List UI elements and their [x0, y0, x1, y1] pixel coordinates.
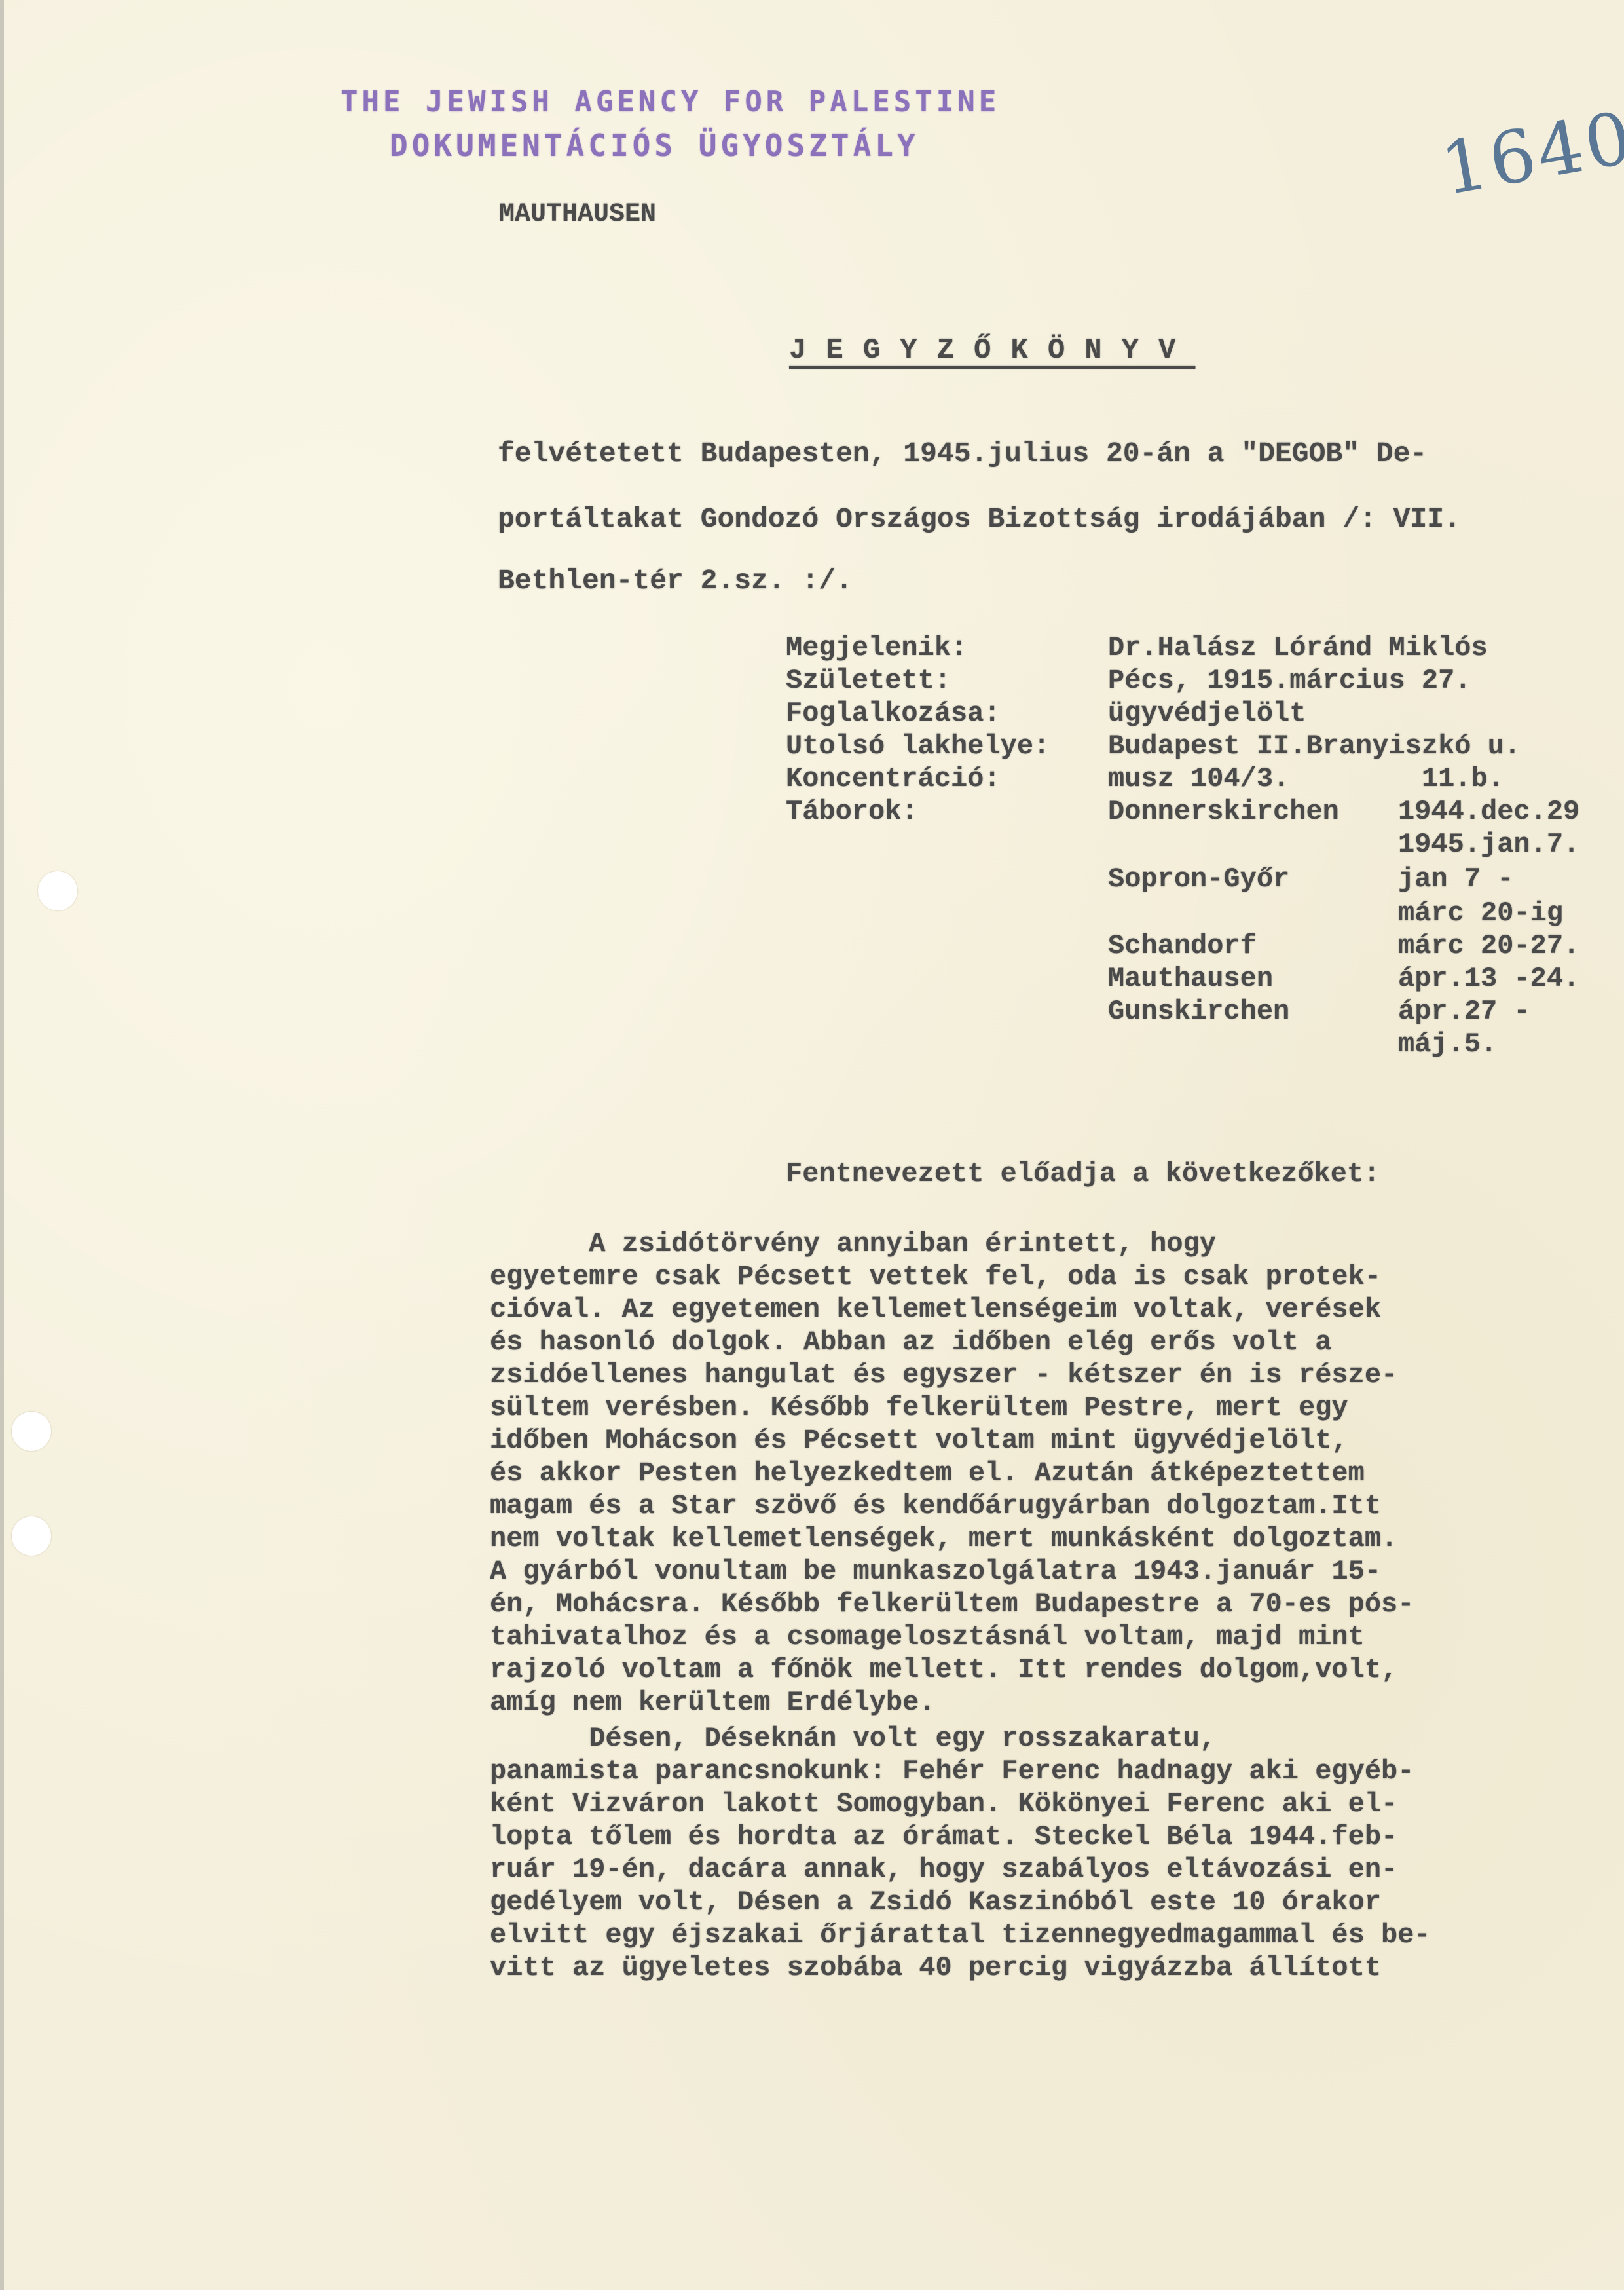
text-line: zsidóellenes hangulat és egyszer - kétsz… [490, 1359, 1564, 1392]
field-value: musz 104/3. 11.b. [1108, 763, 1504, 795]
camp-date: ápr.13 -24. [1398, 963, 1579, 994]
text-line: és akkor Pesten helyezkedtem el. Azután … [490, 1457, 1564, 1490]
field-value: Budapest II.Branyiszkó u. [1108, 730, 1521, 762]
camp-date: jan 7 - [1398, 863, 1513, 895]
camp-name: Gunskirchen [1108, 996, 1289, 1027]
agency-stamp-line1: THE JEWISH AGENCY FOR PALESTINE [341, 85, 1000, 119]
camp-date: márc 20-ig [1398, 897, 1563, 929]
camp-date: ápr.27 - [1398, 996, 1530, 1027]
field-occupation: Foglalkozása: ügyvédjelölt [786, 698, 1604, 730]
field-label: Foglalkozása: [786, 698, 1001, 729]
camp-row-donnerskirchen: Donnerskirchen 1944.dec.29 [786, 796, 1604, 829]
punch-hole-bottom [12, 1516, 51, 1556]
text-line: nem voltak kellemetlenségek, mert munkás… [490, 1523, 1564, 1556]
text-line: ruár 19-én, dacára annak, hogy szabályos… [490, 1854, 1564, 1886]
text-line: időben Mohácson és Pécsett voltam mint ü… [490, 1425, 1564, 1457]
field-label: Megjelenik: [786, 632, 967, 664]
camp-date: márc 20-27. [1398, 930, 1579, 962]
punch-hole-middle [12, 1412, 51, 1451]
text-line: magam és a Star szövő és kendőárugyárban… [490, 1490, 1564, 1523]
camp-row-gunskirchen: Gunskirchen ápr.27 - [786, 996, 1604, 1028]
camp-row-sopron-gyor-cont: márc 20-ig [786, 897, 1604, 930]
text-line: ként Vizváron lakott Somogyban. Kökönyei… [490, 1788, 1564, 1821]
handwritten-document-number: 1640 [1435, 95, 1624, 211]
camp-row-sopron-gyor: Sopron-Győr jan 7 - [786, 863, 1604, 896]
document-title: JEGYZŐKÖNYV [789, 334, 1195, 367]
camp-name: Donnerskirchen [1108, 796, 1339, 827]
text-line: amíg nem kerültem Erdélybe. [490, 1687, 1564, 1719]
text-line: A gyárból vonultam be munkaszolgálatra 1… [490, 1556, 1564, 1588]
camp-date: 1945.jan.7. [1398, 829, 1579, 860]
camp-name: Mauthausen [1108, 963, 1273, 994]
camp-date: 1944.dec.29 [1398, 796, 1579, 827]
field-value: Dr.Halász Lóránd Miklós [1108, 632, 1488, 664]
camp-date: máj.5. [1398, 1028, 1497, 1060]
field-appears: Megjelenik: Dr.Halász Lóránd Miklós [786, 632, 1604, 665]
text-line: én, Mohácsra. Később felkerültem Budapes… [490, 1588, 1564, 1621]
text-line: panamista parancsnokunk: Fehér Ferenc ha… [490, 1755, 1564, 1788]
text-line: egyetemre csak Pécsett vettek fel, oda i… [490, 1261, 1564, 1294]
punch-hole-top [38, 871, 77, 910]
field-label: Utolsó lakhelye: [786, 730, 1050, 762]
field-born: Született: Pécs, 1915.március 27. [786, 665, 1604, 698]
text-line: A zsidótörvény annyiban érintett, hogy [490, 1228, 1564, 1261]
camp-row-schandorf: Schandorf márc 20-27. [786, 930, 1604, 963]
camp-name: Schandorf [1108, 930, 1257, 962]
camp-row-donnerskirchen-cont: 1945.jan.7. [786, 829, 1604, 861]
field-value: ügyvédjelölt [1108, 698, 1306, 729]
text-line: vitt az ügyeletes szobába 40 percig vigy… [490, 1952, 1564, 1985]
text-line: Désen, Déseknán volt egy rosszakaratu, [490, 1723, 1564, 1755]
text-line: rajzoló voltam a főnök mellett. Itt rend… [490, 1654, 1564, 1687]
text-line: sültem verésben. Később felkerültem Pest… [490, 1392, 1564, 1425]
camp-row-gunskirchen-cont: máj.5. [786, 1028, 1604, 1061]
field-concentration: Koncentráció: musz 104/3. 11.b. [786, 763, 1604, 796]
text-line: tahivatalhoz és a csomagelosztásnál volt… [490, 1621, 1564, 1654]
field-last-residence: Utolsó lakhelye: Budapest II.Branyiszkó … [786, 730, 1604, 763]
testimony-paragraph-1: A zsidótörvény annyiban érintett, hogy e… [490, 1228, 1564, 1719]
camp-heading: MAUTHAUSEN [499, 200, 656, 229]
camp-name: Sopron-Győr [1108, 863, 1289, 895]
page-edge [0, 0, 4, 2290]
testimony-paragraph-2: Désen, Déseknán volt egy rosszakaratu, p… [490, 1723, 1564, 1985]
intro-line-3: Bethlen-tér 2.sz. :/. [498, 565, 853, 597]
text-line: elvitt egy éjszakai őrjárattal tizennegy… [490, 1919, 1564, 1952]
text-line: cióval. Az egyetemen kellemetlenségeim v… [490, 1294, 1564, 1326]
testimony-intro: Fentnevezett előadja a következőket: [786, 1158, 1380, 1190]
text-line: gedélyem volt, Désen a Zsidó Kaszinóból … [490, 1886, 1564, 1919]
field-value: Pécs, 1915.március 27. [1108, 665, 1471, 696]
document-page: THE JEWISH AGENCY FOR PALESTINE DOKUMENT… [0, 0, 1624, 2290]
field-label: Koncentráció: [786, 763, 1001, 795]
intro-line-1: felvétetett Budapesten, 1945.julius 20-á… [498, 438, 1427, 470]
field-label: Született: [786, 665, 951, 696]
text-line: lopta tőlem és hordta az órámat. Steckel… [490, 1821, 1564, 1854]
intro-line-2: portáltakat Gondozó Országos Bizottság i… [498, 503, 1461, 535]
camp-row-mauthausen: Mauthausen ápr.13 -24. [786, 963, 1604, 996]
agency-stamp-line2: DOKUMENTÁCIÓS ÜGYOSZTÁLY [390, 128, 919, 163]
text-line: és hasonló dolgok. Abban az időben elég … [490, 1326, 1564, 1359]
